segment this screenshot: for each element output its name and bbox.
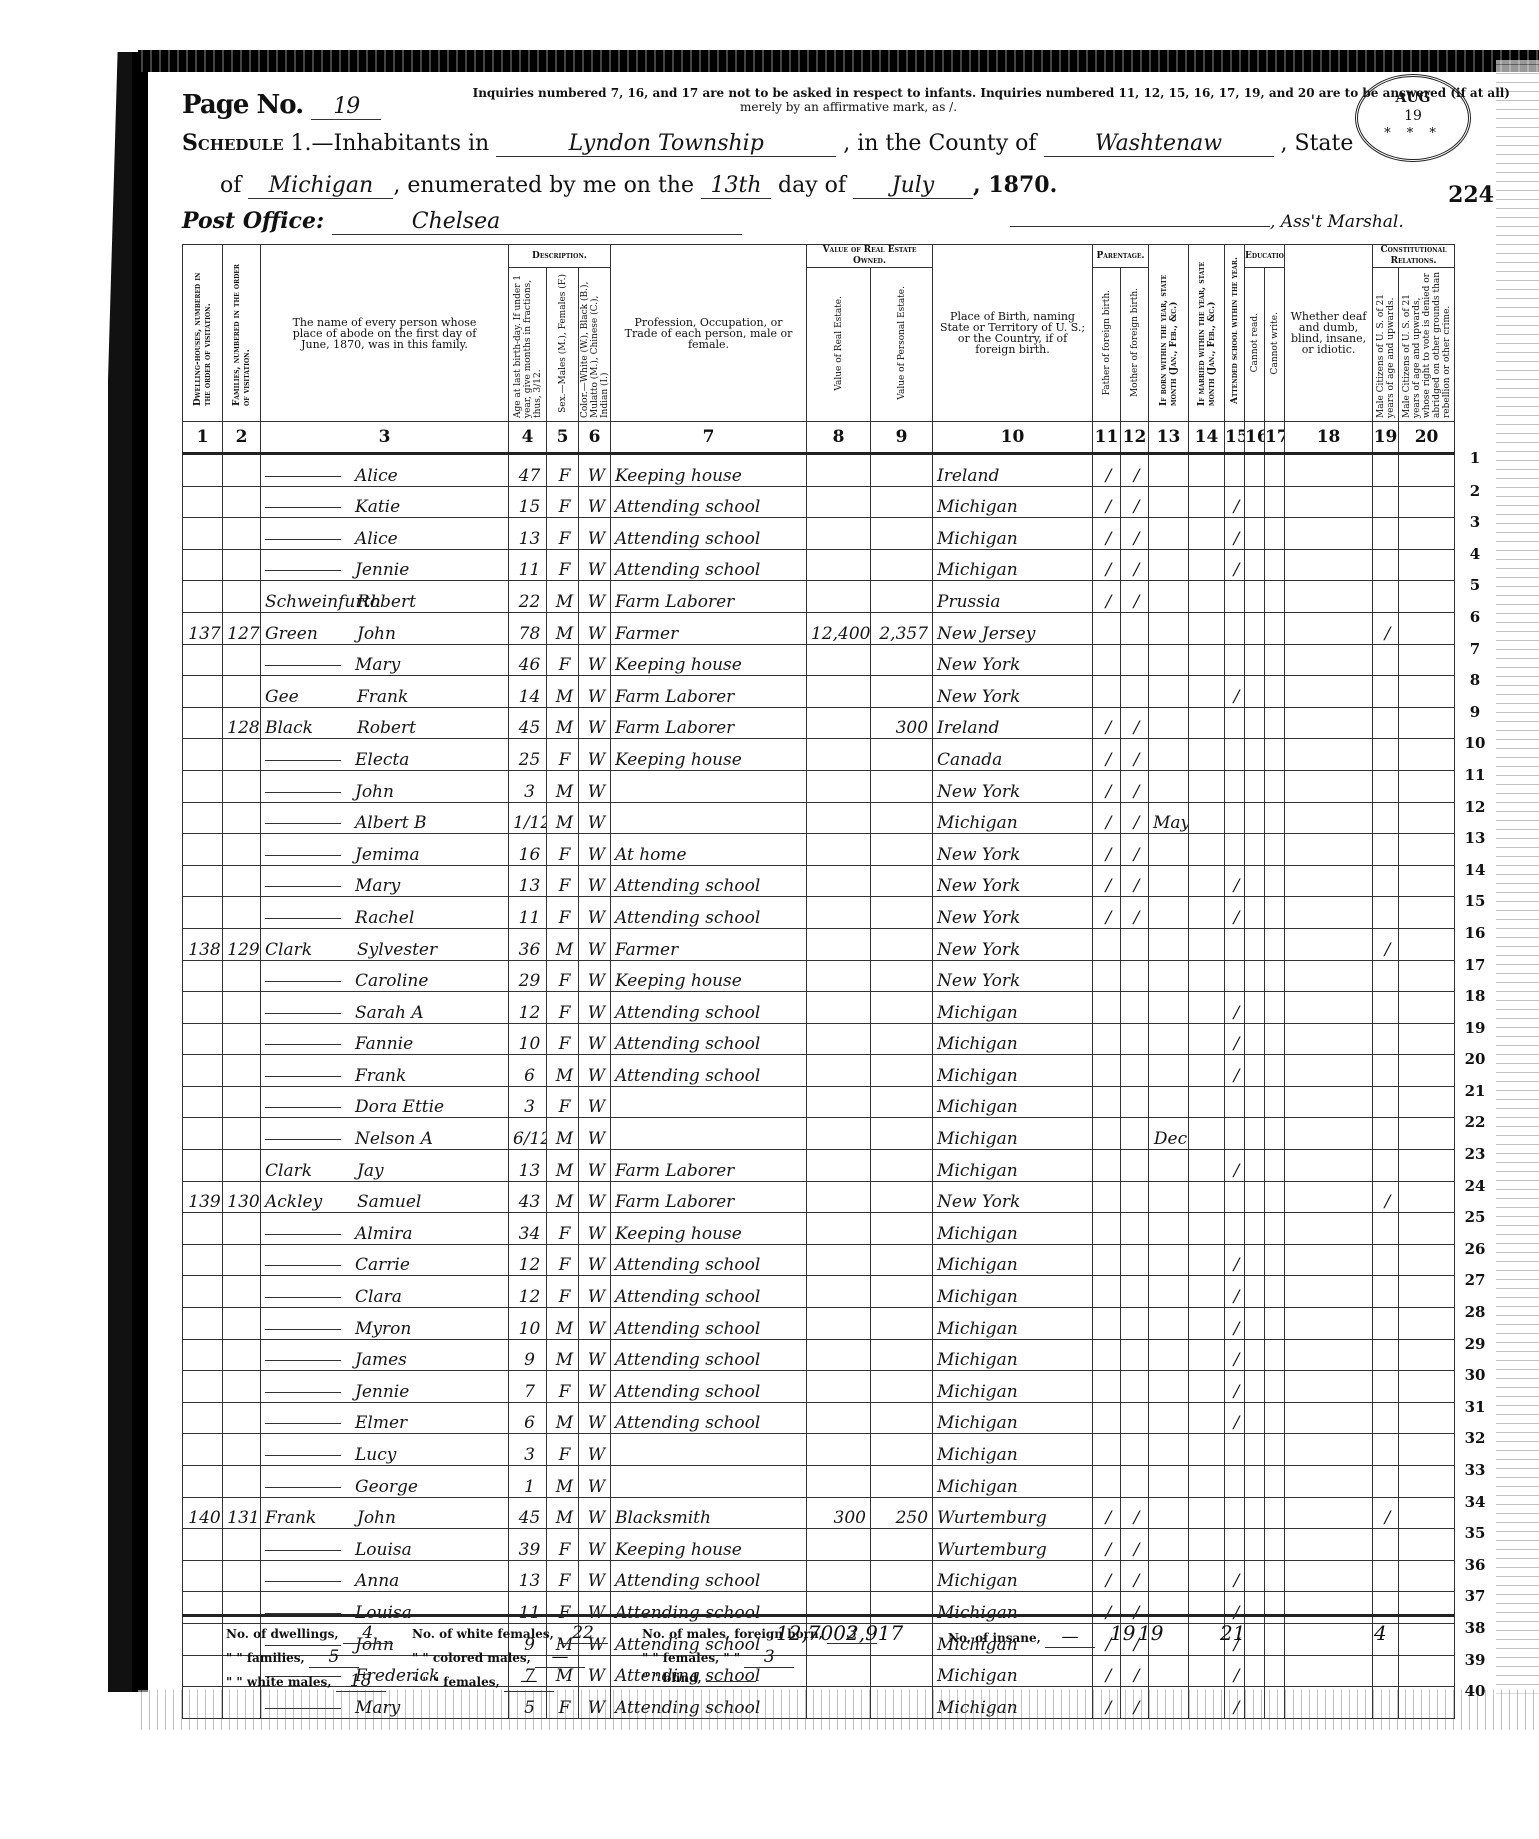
citizen-mark [1373, 1023, 1399, 1055]
real-estate-value [807, 581, 871, 613]
citizen-mark [1373, 834, 1399, 866]
ditto-mark [265, 507, 341, 508]
disability [1285, 1118, 1373, 1150]
personal-estate-value [871, 739, 933, 771]
col-num: 14 [1189, 422, 1225, 454]
cannot-write [1265, 834, 1285, 866]
citizen-mark [1373, 1466, 1399, 1498]
school-mark [1225, 960, 1245, 992]
citizen-mark [1373, 1118, 1399, 1150]
family-number [223, 1213, 261, 1245]
citizen-mark [1373, 1308, 1399, 1340]
citizen-mark [1373, 486, 1399, 518]
cannot-read [1245, 518, 1265, 550]
school-mark: / [1225, 518, 1245, 550]
scan-edge-right [1496, 60, 1539, 1700]
personal-estate-value [871, 770, 933, 802]
given-name: Robert [357, 592, 416, 612]
married-month [1189, 486, 1225, 518]
ditto-mark [265, 476, 341, 477]
birthplace: Michigan [933, 1276, 1093, 1308]
citizen-mark [1373, 581, 1399, 613]
given-name: Caroline [355, 971, 428, 991]
family-number [223, 897, 261, 929]
given-name: Myron [355, 1319, 411, 1339]
scan-margin-left [0, 0, 138, 1839]
real-estate-value [807, 1308, 871, 1340]
total-colored-males: " " colored males, — [412, 1647, 585, 1668]
age: 6/12 [509, 1118, 547, 1150]
table-row: 28Myron10MWAttending schoolMichigan/ [183, 1308, 1455, 1340]
given-name: Jennie [355, 1382, 409, 1402]
citizen-mark [1373, 1560, 1399, 1592]
color: W [579, 1086, 611, 1118]
cannot-read [1245, 1244, 1265, 1276]
citizen-mark [1373, 802, 1399, 834]
dwelling-number: 7 [183, 644, 223, 676]
ditto-mark [265, 1455, 341, 1456]
cannot-read [1245, 454, 1265, 487]
cannot-read [1245, 612, 1265, 644]
sex: M [547, 928, 579, 960]
total-school: 21 [1220, 1621, 1245, 1645]
given-name: Alice [355, 466, 398, 486]
born-month [1149, 1434, 1189, 1466]
stamp-month: AUG [1358, 89, 1468, 107]
age: 34 [509, 1213, 547, 1245]
vote-denied [1399, 1434, 1455, 1466]
cannot-read [1245, 1402, 1265, 1434]
cannot-write [1265, 1466, 1285, 1498]
real-estate-value [807, 834, 871, 866]
table-row: 5SchweinfurthRobert22MWFarm LaborerPruss… [183, 581, 1455, 613]
dwelling-number: 2 [183, 486, 223, 518]
real-estate-value [807, 1466, 871, 1498]
citizen-mark: / [1373, 1181, 1399, 1213]
ditto-mark [265, 1234, 341, 1235]
occupation [611, 770, 807, 802]
real-estate-value [807, 486, 871, 518]
father-foreign-mark: / [1093, 549, 1121, 581]
real-estate-value [807, 770, 871, 802]
table-row: 14Mary13FWAttending schoolNew York/// [183, 865, 1455, 897]
column-group-header-row: Dwelling-houses, numbered in the order o… [183, 245, 1455, 268]
school-mark: / [1225, 486, 1245, 518]
col-num: 11 [1093, 422, 1121, 454]
color: W [579, 1497, 611, 1529]
sex: M [547, 1497, 579, 1529]
cannot-write [1265, 1023, 1285, 1055]
total-citizens: 4 [1374, 1621, 1387, 1645]
given-name: Jennie [355, 560, 409, 580]
table-row: 1Alice47FWKeeping houseIreland// [183, 454, 1455, 487]
vote-denied [1399, 486, 1455, 518]
citizen-mark [1373, 1244, 1399, 1276]
real-estate-value [807, 1055, 871, 1087]
birthplace: Michigan [933, 1308, 1093, 1340]
personal-estate-value: 300 [871, 707, 933, 739]
married-month [1189, 707, 1225, 739]
dwelling-number: 30 [183, 1371, 223, 1403]
occupation [611, 802, 807, 834]
father-foreign-mark [1093, 1181, 1121, 1213]
dwelling-number: 15 [183, 897, 223, 929]
disability [1285, 865, 1373, 897]
given-name: Sylvester [357, 940, 437, 960]
school-mark: / [1225, 1339, 1245, 1371]
vote-denied [1399, 581, 1455, 613]
born-month [1149, 960, 1189, 992]
citizen-mark [1373, 865, 1399, 897]
married-month [1189, 1244, 1225, 1276]
person-name: GreenJohn [261, 612, 509, 644]
father-foreign-mark: / [1093, 739, 1121, 771]
age: 11 [509, 897, 547, 929]
mother-foreign-mark [1121, 960, 1149, 992]
color: W [579, 707, 611, 739]
given-name: Frank [355, 1066, 406, 1086]
birthplace: Michigan [933, 1434, 1093, 1466]
ditto-mark [265, 886, 341, 887]
month-field: July [853, 173, 973, 199]
citizen-mark [1373, 770, 1399, 802]
family-number [223, 865, 261, 897]
born-month [1149, 1308, 1189, 1340]
family-number: 131 [223, 1497, 261, 1529]
color: W [579, 992, 611, 1024]
cannot-read [1245, 1339, 1265, 1371]
mother-foreign-mark [1121, 612, 1149, 644]
occupation: Attending school [611, 1560, 807, 1592]
school-mark [1225, 454, 1245, 487]
mother-foreign-mark: / [1121, 1497, 1149, 1529]
family-number [223, 676, 261, 708]
born-month [1149, 1181, 1189, 1213]
disability [1285, 518, 1373, 550]
vote-denied [1399, 1276, 1455, 1308]
col-num: 7 [611, 422, 807, 454]
person-name: Elmer [261, 1402, 509, 1434]
cannot-write [1265, 1529, 1285, 1561]
age: 39 [509, 1529, 547, 1561]
given-name: Rachel [355, 908, 414, 928]
age: 36 [509, 928, 547, 960]
dwelling-number: 33 [183, 1466, 223, 1498]
sex: F [547, 644, 579, 676]
table-row: 12Albert B1/12MWMichigan//May [183, 802, 1455, 834]
father-foreign-mark [1093, 1086, 1121, 1118]
color: W [579, 1402, 611, 1434]
personal-estate-value [871, 676, 933, 708]
day-of-text: day of [778, 173, 846, 198]
vote-denied [1399, 739, 1455, 771]
person-name: Dora Ettie [261, 1086, 509, 1118]
table-row: 13924130AckleySamuel43MWFarm LaborerNew … [183, 1181, 1455, 1213]
mother-foreign-mark [1121, 676, 1149, 708]
age: 13 [509, 1150, 547, 1182]
cannot-write [1265, 1086, 1285, 1118]
sex: F [547, 1371, 579, 1403]
color: W [579, 1181, 611, 1213]
color: W [579, 1150, 611, 1182]
school-mark [1225, 1434, 1245, 1466]
citizen-mark [1373, 1339, 1399, 1371]
father-foreign-mark [1093, 1434, 1121, 1466]
line-number-right: 6 [1460, 608, 1490, 626]
color: W [579, 865, 611, 897]
occupation: Attending school [611, 1308, 807, 1340]
ditto-mark [265, 1487, 341, 1488]
born-month [1149, 581, 1189, 613]
cannot-read [1245, 1086, 1265, 1118]
family-number [223, 518, 261, 550]
birthplace: Wurtemburg [933, 1529, 1093, 1561]
age: 16 [509, 834, 547, 866]
father-foreign-mark: / [1093, 802, 1121, 834]
ditto-mark [265, 1581, 341, 1582]
mother-foreign-mark: / [1121, 518, 1149, 550]
line-number-right: 2 [1460, 482, 1490, 500]
disability [1285, 960, 1373, 992]
occupation: Keeping house [611, 739, 807, 771]
cannot-read [1245, 992, 1265, 1024]
personal-estate-value [871, 1560, 933, 1592]
dwelling-number: 18 [183, 992, 223, 1024]
citizen-mark [1373, 1529, 1399, 1561]
personal-estate-value: 250 [871, 1497, 933, 1529]
col-num: 1 [183, 422, 223, 454]
school-mark: / [1225, 1244, 1245, 1276]
line-number-right: 17 [1460, 956, 1490, 974]
age: 45 [509, 707, 547, 739]
disability [1285, 1402, 1373, 1434]
school-mark: / [1225, 865, 1245, 897]
family-number [223, 1118, 261, 1150]
occupation [611, 1086, 807, 1118]
color: W [579, 928, 611, 960]
vote-denied [1399, 1371, 1455, 1403]
school-mark: / [1225, 1055, 1245, 1087]
schedule-text: 1.—Inhabitants in [291, 131, 490, 156]
vote-denied [1399, 1244, 1455, 1276]
dwelling-number: 13 [183, 834, 223, 866]
line-number-right: 31 [1460, 1398, 1490, 1416]
born-month [1149, 1466, 1189, 1498]
table-row: 36Anna13FWAttending schoolMichigan/// [183, 1560, 1455, 1592]
occupation: Keeping house [611, 1529, 807, 1561]
real-estate-value [807, 1434, 871, 1466]
total-insane: No. of insane, — [948, 1627, 1095, 1648]
birthplace: New York [933, 865, 1093, 897]
cannot-write [1265, 1497, 1285, 1529]
father-foreign-mark: / [1093, 865, 1121, 897]
disability [1285, 676, 1373, 708]
married-month [1189, 1086, 1225, 1118]
ditto-mark [265, 1329, 341, 1330]
table-row: 29James9MWAttending schoolMichigan/ [183, 1339, 1455, 1371]
sex: F [547, 454, 579, 487]
line-number-right: 40 [1460, 1682, 1490, 1700]
person-name: Alice [261, 518, 509, 550]
sex: F [547, 1276, 579, 1308]
col-header-7: Profession, Occupation, or Trade of each… [611, 245, 807, 422]
occupation: Farm Laborer [611, 1181, 807, 1213]
citizen-mark [1373, 1150, 1399, 1182]
col-num: 18 [1285, 422, 1373, 454]
given-name: Mary [355, 655, 400, 675]
schedule-label: Schedule [182, 130, 284, 156]
cannot-write [1265, 549, 1285, 581]
age: 6 [509, 1055, 547, 1087]
occupation: Farm Laborer [611, 676, 807, 708]
occupation [611, 1466, 807, 1498]
vote-denied [1399, 992, 1455, 1024]
table-row: 19Fannie10FWAttending schoolMichigan/ [183, 1023, 1455, 1055]
vote-denied [1399, 897, 1455, 929]
dwelling-number: 1 [183, 454, 223, 487]
given-name: John [357, 1508, 396, 1528]
cannot-read [1245, 897, 1265, 929]
dwelling-number: 13924 [183, 1181, 223, 1213]
ditto-mark [265, 1297, 341, 1298]
personal-estate-value [871, 1371, 933, 1403]
married-month [1189, 1276, 1225, 1308]
col-header-11: Father of foreign birth. [1093, 268, 1121, 422]
age: 14 [509, 676, 547, 708]
person-name: Carrie [261, 1244, 509, 1276]
enumerated-text: , enumerated by me on the [393, 173, 694, 198]
personal-estate-value [871, 1308, 933, 1340]
person-name: John [261, 770, 509, 802]
married-month [1189, 739, 1225, 771]
col-num: 5 [547, 422, 579, 454]
born-month: Dec [1149, 1118, 1189, 1150]
cannot-write [1265, 928, 1285, 960]
dwelling-number: 36 [183, 1560, 223, 1592]
father-foreign-mark: / [1093, 834, 1121, 866]
total-white-females: No. of white females, 22 [412, 1623, 608, 1644]
person-name: Lucy [261, 1434, 509, 1466]
state-text: , State [1281, 131, 1354, 156]
col-header-19: Male Citizens of U. S. of 21 years of ag… [1373, 268, 1399, 422]
col-num: 19 [1373, 422, 1399, 454]
table-row: 4Jennie11FWAttending schoolMichigan/// [183, 549, 1455, 581]
county-field: Washtenaw [1044, 131, 1274, 157]
school-mark: / [1225, 1023, 1245, 1055]
person-name: Mary [261, 644, 509, 676]
occupation: Attending school [611, 1339, 807, 1371]
page-number-value: 19 [311, 94, 381, 120]
person-name: Almira [261, 1213, 509, 1245]
birthplace: New York [933, 928, 1093, 960]
marshal-line: , Ass't Marshal. [1010, 212, 1404, 232]
dwelling-number: 35 [183, 1529, 223, 1561]
father-foreign-mark [1093, 928, 1121, 960]
cannot-read [1245, 1023, 1265, 1055]
given-name: Carrie [355, 1255, 410, 1275]
cannot-read [1245, 581, 1265, 613]
line-number-right: 24 [1460, 1177, 1490, 1195]
age: 3 [509, 1086, 547, 1118]
table-row: 11John3MWNew York// [183, 770, 1455, 802]
instructions-note: Inquiries numbered 7, 16, and 17 are not… [450, 86, 1510, 114]
school-mark [1225, 1466, 1245, 1498]
birthplace: Michigan [933, 486, 1093, 518]
cannot-write [1265, 1244, 1285, 1276]
birthplace: Michigan [933, 1150, 1093, 1182]
given-name: Mary [355, 1698, 400, 1718]
married-month [1189, 960, 1225, 992]
father-foreign-mark [1093, 676, 1121, 708]
personal-estate-value [871, 1434, 933, 1466]
occupation: Keeping house [611, 644, 807, 676]
col-header-1: Dwelling-houses, numbered in the order o… [183, 245, 223, 422]
cannot-read [1245, 644, 1265, 676]
occupation: Attending school [611, 1371, 807, 1403]
vote-denied [1399, 1055, 1455, 1087]
family-number [223, 1055, 261, 1087]
family-number: 130 [223, 1181, 261, 1213]
family-number [223, 960, 261, 992]
given-name: Sarah A [355, 1003, 424, 1023]
school-mark [1225, 928, 1245, 960]
color: W [579, 1244, 611, 1276]
color: W [579, 549, 611, 581]
table-row: 35Louisa39FWKeeping houseWurtemburg// [183, 1529, 1455, 1561]
col-num: 16 [1245, 422, 1265, 454]
birthplace: Canada [933, 739, 1093, 771]
sex: M [547, 1055, 579, 1087]
of-text: of [220, 173, 241, 198]
census-page: Page No. 19 Inquiries numbered 7, 16, an… [150, 72, 1500, 1692]
sex: F [547, 960, 579, 992]
col-header-13: If born within the year, state month (Ja… [1149, 245, 1189, 422]
dwelling-number: 1376 [183, 612, 223, 644]
disability [1285, 897, 1373, 929]
mother-foreign-mark: / [1121, 865, 1149, 897]
vote-denied [1399, 518, 1455, 550]
birthplace: Michigan [933, 1402, 1093, 1434]
occupation: Farm Laborer [611, 707, 807, 739]
census-table: Dwelling-houses, numbered in the order o… [182, 244, 1455, 1719]
father-foreign-mark [1093, 1276, 1121, 1308]
schedule-line: Schedule 1.—Inhabitants in Lyndon Townsh… [182, 130, 1353, 157]
disability [1285, 802, 1373, 834]
col-num: 4 [509, 422, 547, 454]
surname: Clark [265, 1161, 357, 1181]
disability [1285, 454, 1373, 487]
col-header-8: Value of Real Estate. [807, 268, 871, 422]
age: 9 [509, 1339, 547, 1371]
cannot-read [1245, 739, 1265, 771]
vote-denied [1399, 707, 1455, 739]
cannot-read [1245, 1308, 1265, 1340]
real-estate-value [807, 992, 871, 1024]
married-month [1189, 1118, 1225, 1150]
line-number-right: 4 [1460, 545, 1490, 563]
born-month [1149, 1086, 1189, 1118]
color: W [579, 770, 611, 802]
sex: M [547, 802, 579, 834]
color: W [579, 1308, 611, 1340]
line-number-right: 18 [1460, 987, 1490, 1005]
sex: F [547, 865, 579, 897]
total-mother-foreign: 19 [1138, 1621, 1163, 1645]
real-estate-value [807, 518, 871, 550]
real-estate-value [807, 1086, 871, 1118]
age: 15 [509, 486, 547, 518]
born-month [1149, 897, 1189, 929]
